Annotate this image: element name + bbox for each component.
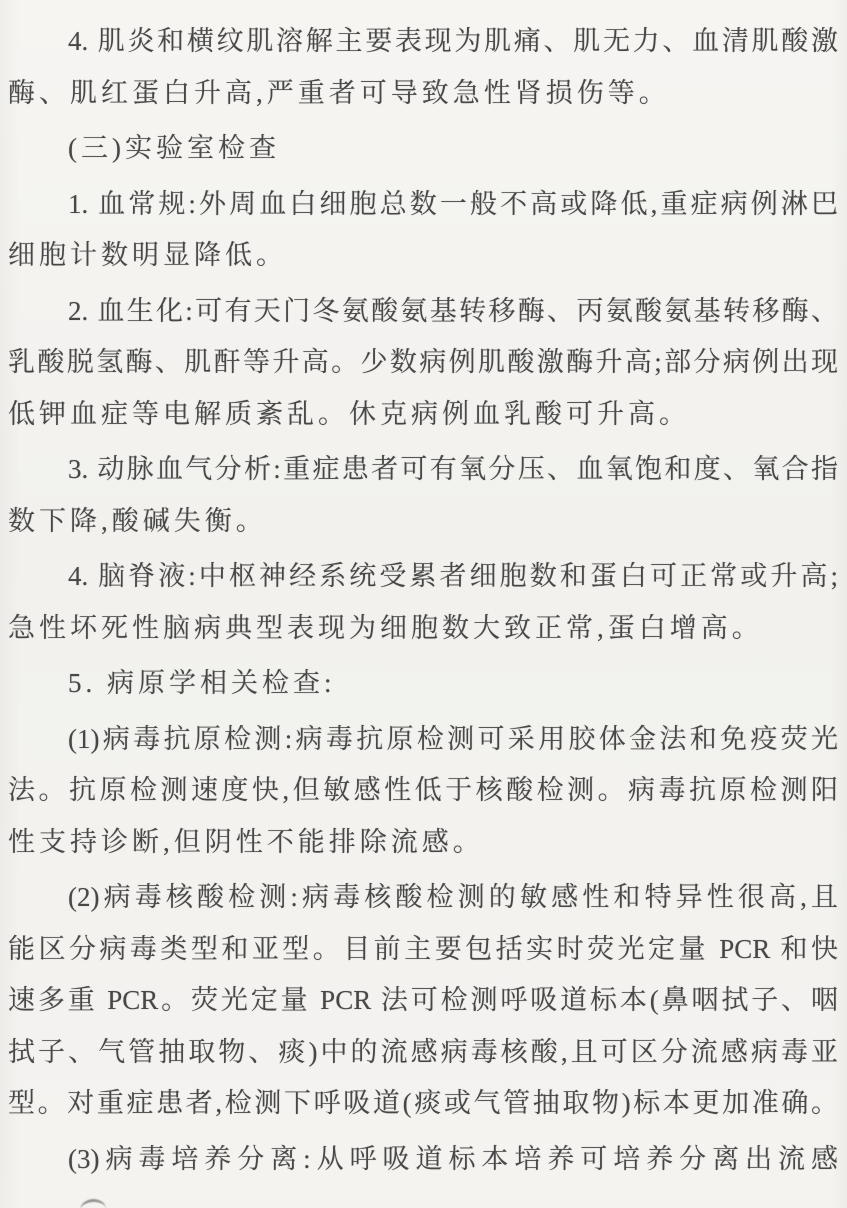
text-line: 4. 脑脊液:中枢神经系统受累者细胞数和蛋白可正常或升高; — [8, 551, 838, 603]
section-heading-line: (三)实验室检查 — [8, 123, 838, 175]
cutoff-character-fragment — [80, 1198, 107, 1208]
text-line: 能区分病毒类型和亚型。目前主要包括实时荧光定量 PCR 和快 — [8, 924, 838, 976]
text-line: 4. 肌炎和横纹肌溶解主要表现为肌痛、肌无力、血清肌酸激 — [8, 16, 838, 68]
text-line: 酶、肌红蛋白升高,严重者可导致急性肾损伤等。 — [8, 68, 838, 120]
text-line: 数下降,酸碱失衡。 — [8, 496, 838, 548]
text-line: 3. 动脉血气分析:重症患者可有氧分压、血氧饱和度、氧合指 — [8, 444, 838, 496]
text-line: (2)病毒核酸检测:病毒核酸检测的敏感性和特异性很高,且 — [8, 872, 838, 924]
document-text: 4. 肌炎和横纹肌溶解主要表现为肌痛、肌无力、血清肌酸激酶、肌红蛋白升高,严重者… — [8, 16, 838, 1185]
text-line: (1)病毒抗原检测:病毒抗原检测可采用胶体金法和免疫荧光 — [8, 714, 838, 766]
text-line: 拭子、气管抽取物、痰)中的流感病毒核酸,且可区分流感病毒亚 — [8, 1027, 838, 1079]
text-line: 细胞计数明显降低。 — [8, 230, 838, 282]
text-line: 急性坏死性脑病典型表现为细胞数大致正常,蛋白增高。 — [8, 603, 838, 655]
text-line: 法。抗原检测速度快,但敏感性低于核酸检测。病毒抗原检测阳 — [8, 765, 838, 817]
text-line: 乳酸脱氢酶、肌酐等升高。少数病例肌酸激酶升高;部分病例出现 — [8, 337, 838, 389]
text-line: 性支持诊断,但阴性不能排除流感。 — [8, 817, 838, 869]
text-line: 2. 血生化:可有天门冬氨酸氨基转移酶、丙氨酸氨基转移酶、 — [8, 286, 838, 338]
text-line: 1. 血常规:外周血白细胞总数一般不高或降低,重症病例淋巴 — [8, 179, 838, 231]
text-line: (3)病毒培养分离:从呼吸道标本培养可培养分离出流感 — [8, 1134, 838, 1186]
document-page: 4. 肌炎和横纹肌溶解主要表现为肌痛、肌无力、血清肌酸激酶、肌红蛋白升高,严重者… — [0, 0, 847, 1208]
text-line: 型。对重症患者,检测下呼吸道(痰或气管抽取物)标本更加准确。 — [8, 1078, 838, 1130]
text-line: 低钾血症等电解质紊乱。休克病例血乳酸可升高。 — [8, 389, 838, 441]
text-line: 速多重 PCR。荧光定量 PCR 法可检测呼吸道标本(鼻咽拭子、咽 — [8, 975, 838, 1027]
text-line: 5. 病原学相关检查: — [8, 658, 838, 710]
